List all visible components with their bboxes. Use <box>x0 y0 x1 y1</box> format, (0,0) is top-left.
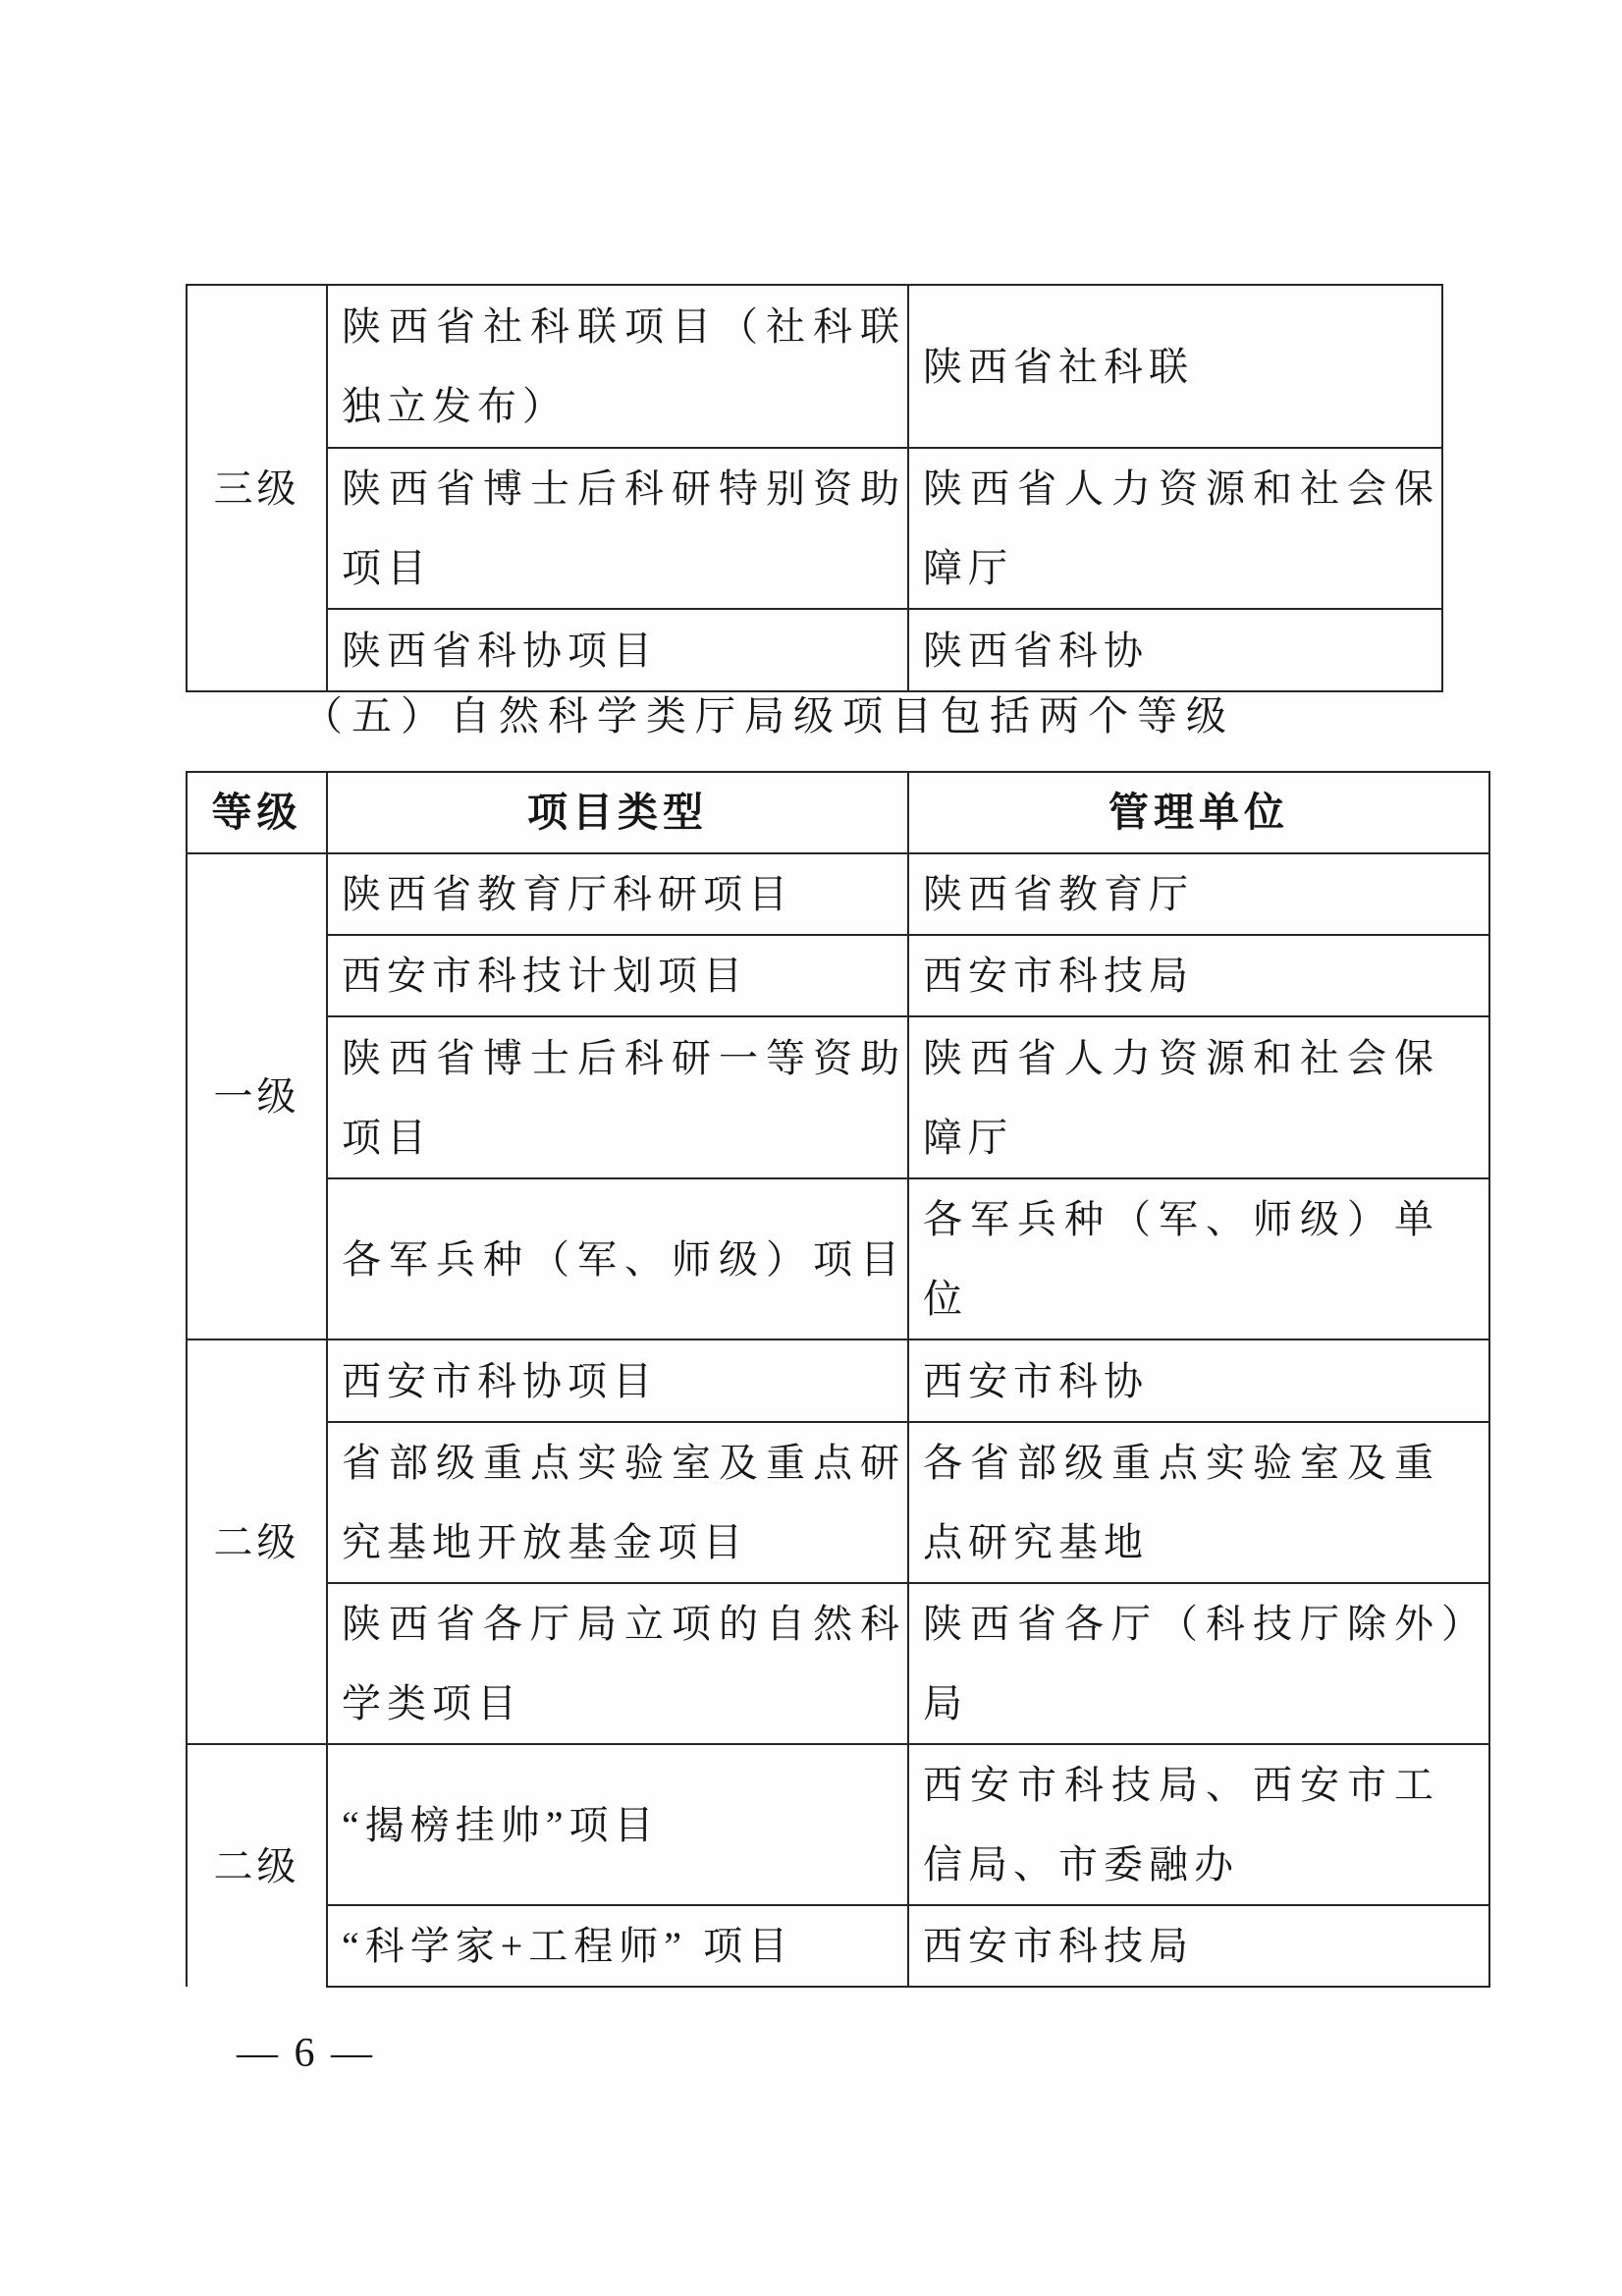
cell-line: 陕西省各厅（科技厅除外） <box>909 1584 1488 1664</box>
level-cell: 三级 <box>187 285 327 691</box>
table-row: 省部级重点实验室及重点研 究基地开放基金项目 各省部级重点实验室及重 点研究基地 <box>187 1422 1489 1583</box>
table-row: 陕西省科协项目 陕西省科协 <box>187 609 1442 691</box>
management-unit-cell: 西安市科技局 <box>908 935 1489 1016</box>
project-type-cell: 陕西省各厅局立项的自然科 学类项目 <box>327 1583 908 1744</box>
cell-line: 陕西省社科联 <box>909 327 1441 407</box>
cell-line: 陕西省各厅局立项的自然科 <box>328 1584 907 1664</box>
level-label: 三级 <box>188 449 326 528</box>
header-management-unit-cell: 管理单位 <box>908 772 1489 853</box>
project-type-cell: 各军兵种（军、师级）项目 <box>327 1178 908 1339</box>
project-type-cell: 陕西省博士后科研特别资助 项目 <box>327 448 908 609</box>
cell-line: 陕西省教育厅科研项目 <box>328 854 907 934</box>
project-type-cell: “揭榜挂帅”项目 <box>327 1744 908 1905</box>
project-type-cell: 西安市科技计划项目 <box>327 935 908 1016</box>
management-unit-cell: 陕西省科协 <box>908 609 1442 691</box>
table-row: 二级 西安市科协项目 西安市科协 <box>187 1339 1489 1422</box>
management-unit-cell: 西安市科技局、西安市工 信局、市委融办 <box>908 1744 1489 1905</box>
cell-line: 障厅 <box>909 528 1441 608</box>
cell-line: 陕西省人力资源和社会保 <box>909 1018 1488 1098</box>
table-row: 陕西省博士后科研一等资助 项目 陕西省人力资源和社会保 障厅 <box>187 1016 1489 1178</box>
project-type-cell: 西安市科协项目 <box>327 1339 908 1422</box>
level-cell: 一级 <box>187 853 327 1339</box>
management-unit-cell: 陕西省社科联 <box>908 285 1442 448</box>
cell-line: 项目 <box>328 1098 907 1177</box>
cell-line: 障厅 <box>909 1098 1488 1177</box>
cell-line: 独立发布） <box>328 366 907 446</box>
main-table: 等级 项目类型 管理单位 一级 陕西省教育厅科研项目 陕西省教育厅 西安市科技计… <box>186 771 1490 1988</box>
cell-line: 究基地开放基金项目 <box>328 1503 907 1582</box>
cell-line: “揭榜挂帅”项目 <box>328 1785 907 1865</box>
cell-line: 陕西省教育厅 <box>909 854 1488 934</box>
cell-line: 陕西省科协项目 <box>328 611 907 690</box>
project-type-cell: 陕西省社科联项目（社科联 独立发布） <box>327 285 908 448</box>
management-unit-cell: 陕西省人力资源和社会保 障厅 <box>908 448 1442 609</box>
level-label: 一级 <box>188 1057 326 1136</box>
cell-line: 点研究基地 <box>909 1503 1488 1582</box>
cell-line: 项目 <box>328 528 907 608</box>
project-type-cell: 陕西省科协项目 <box>327 609 908 691</box>
level-cell: 二级 <box>187 1339 327 1744</box>
table-row: 二级 “揭榜挂帅”项目 西安市科技局、西安市工 信局、市委融办 <box>187 1744 1489 1905</box>
table-row: 陕西省博士后科研特别资助 项目 陕西省人力资源和社会保 障厅 <box>187 448 1442 609</box>
cell-line: 各军兵种（军、师级）单 <box>909 1179 1488 1259</box>
cell-line: 陕西省博士后科研特别资助 <box>328 449 907 528</box>
management-unit-cell: 陕西省各厅（科技厅除外） 局 <box>908 1583 1489 1744</box>
page-number: — 6 — <box>237 2030 375 2077</box>
column-header: 项目类型 <box>328 773 907 852</box>
level-label: 二级 <box>188 1827 326 1906</box>
document-page: 三级 陕西省社科联项目（社科联 独立发布） 陕西省社科联 陕西省博士后科研特别资… <box>0 0 1622 2296</box>
header-level-cell: 等级 <box>187 772 327 853</box>
cell-line: 局 <box>909 1664 1488 1743</box>
cell-line: 西安市科协 <box>909 1341 1488 1421</box>
cell-line: 各军兵种（军、师级）项目 <box>328 1220 907 1299</box>
cell-line: 西安市科技局 <box>909 1906 1488 1986</box>
table-row: 陕西省各厅局立项的自然科 学类项目 陕西省各厅（科技厅除外） 局 <box>187 1583 1489 1744</box>
cell-line: 陕西省博士后科研一等资助 <box>328 1018 907 1098</box>
cell-line: 各省部级重点实验室及重 <box>909 1423 1488 1503</box>
management-unit-cell: 陕西省人力资源和社会保 障厅 <box>908 1016 1489 1178</box>
header-project-type-cell: 项目类型 <box>327 772 908 853</box>
table-header-row: 等级 项目类型 管理单位 <box>187 772 1489 853</box>
level-label: 二级 <box>188 1503 326 1582</box>
table-row: 西安市科技计划项目 西安市科技局 <box>187 935 1489 1016</box>
cell-line: 陕西省科协 <box>909 611 1441 690</box>
management-unit-cell: 陕西省教育厅 <box>908 853 1489 935</box>
section-heading: （五）自然科学类厅局级项目包括两个等级 <box>302 690 1235 741</box>
table-row: 各军兵种（军、师级）项目 各军兵种（军、师级）单 位 <box>187 1178 1489 1339</box>
cell-line: 信局、市委融办 <box>909 1825 1488 1904</box>
table-row: 三级 陕西省社科联项目（社科联 独立发布） 陕西省社科联 <box>187 285 1442 448</box>
project-type-cell: 陕西省教育厅科研项目 <box>327 853 908 935</box>
cell-line: 西安市科技局、西安市工 <box>909 1745 1488 1825</box>
level-cell: 二级 <box>187 1744 327 1987</box>
management-unit-cell: 西安市科协 <box>908 1339 1489 1422</box>
continued-table: 三级 陕西省社科联项目（社科联 独立发布） 陕西省社科联 陕西省博士后科研特别资… <box>186 284 1443 692</box>
column-header: 等级 <box>188 773 326 852</box>
management-unit-cell: 各省部级重点实验室及重 点研究基地 <box>908 1422 1489 1583</box>
cell-line: “科学家+工程师” 项目 <box>328 1906 907 1986</box>
project-type-cell: 省部级重点实验室及重点研 究基地开放基金项目 <box>327 1422 908 1583</box>
cell-line: 省部级重点实验室及重点研 <box>328 1423 907 1503</box>
cell-line: 位 <box>909 1259 1488 1339</box>
table-row: “科学家+工程师” 项目 西安市科技局 <box>187 1905 1489 1987</box>
cell-line: 西安市科技局 <box>909 936 1488 1015</box>
project-type-cell: 陕西省博士后科研一等资助 项目 <box>327 1016 908 1178</box>
column-header: 管理单位 <box>909 773 1488 852</box>
cell-line: 西安市科技计划项目 <box>328 936 907 1015</box>
management-unit-cell: 各军兵种（军、师级）单 位 <box>908 1178 1489 1339</box>
cell-line: 西安市科协项目 <box>328 1341 907 1421</box>
table-row: 一级 陕西省教育厅科研项目 陕西省教育厅 <box>187 853 1489 935</box>
project-type-cell: “科学家+工程师” 项目 <box>327 1905 908 1987</box>
management-unit-cell: 西安市科技局 <box>908 1905 1489 1987</box>
cell-line: 学类项目 <box>328 1664 907 1743</box>
cell-line: 陕西省人力资源和社会保 <box>909 449 1441 528</box>
cell-line: 陕西省社科联项目（社科联 <box>328 287 907 366</box>
